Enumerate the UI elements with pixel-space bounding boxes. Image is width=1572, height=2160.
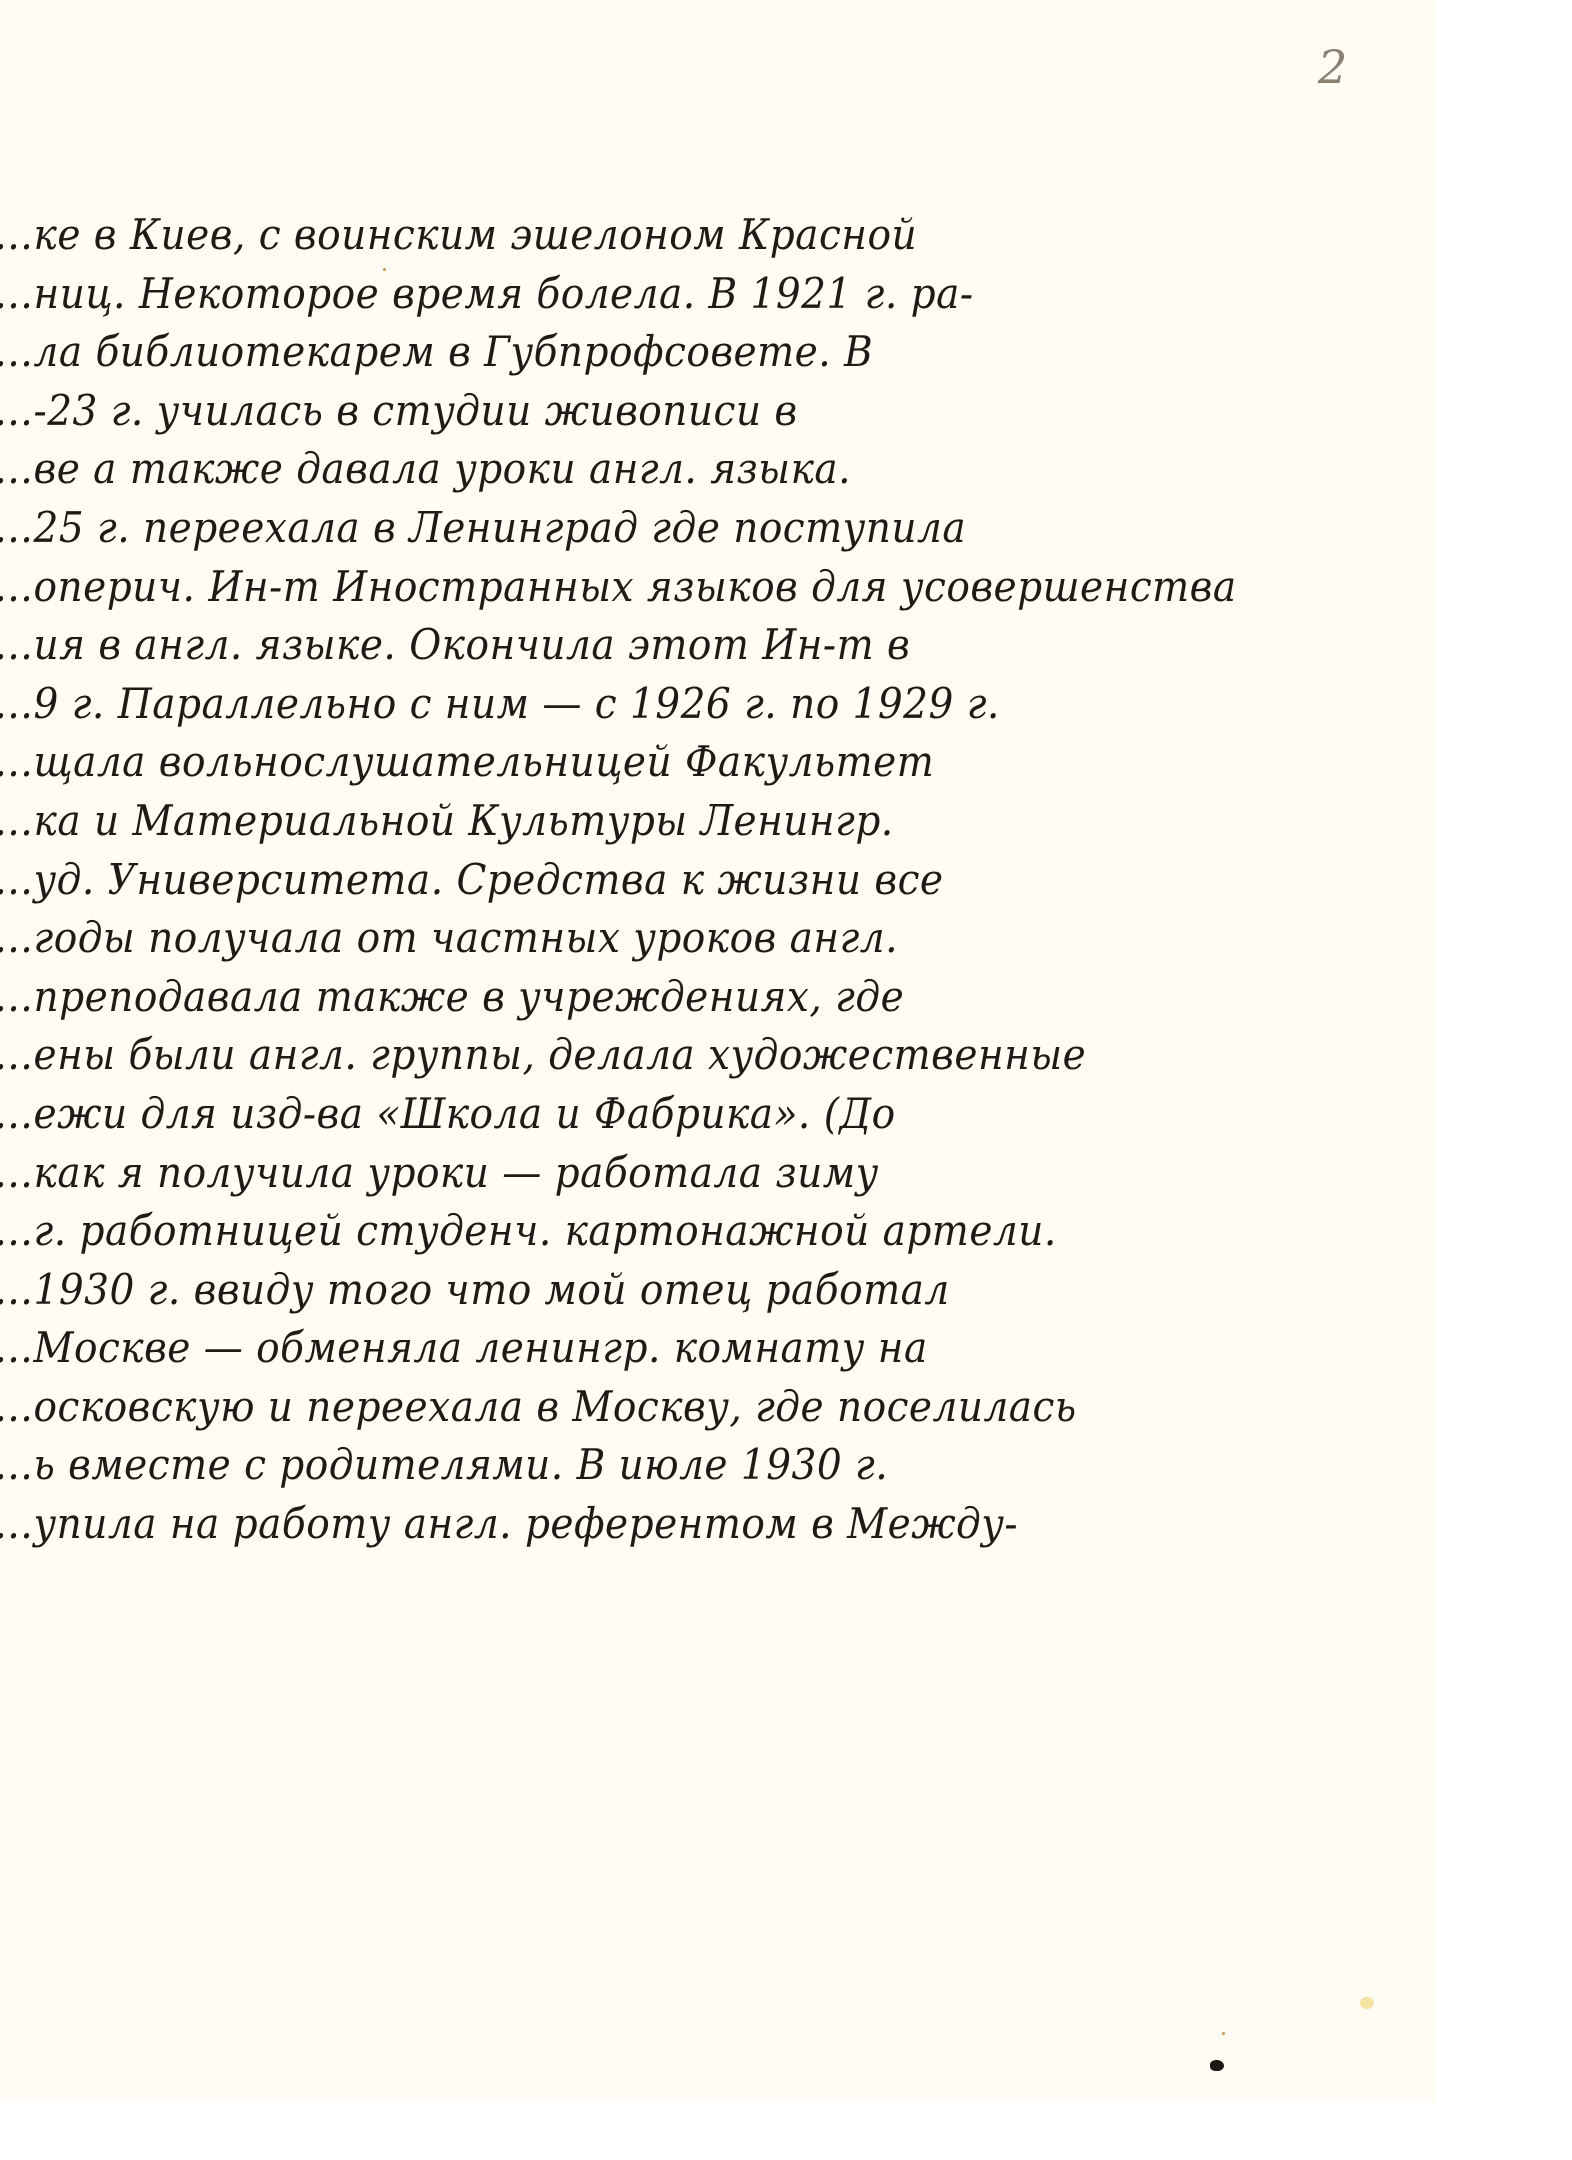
paper-stain (1360, 1997, 1374, 2009)
text-line: …оперич. Ин-т Иностранных языков для усо… (0, 558, 1064, 617)
text-line: …преподавала также в учреждениях, где (0, 968, 1064, 1027)
text-line: …ла библиотекарем в Губпрофсовете. В (0, 323, 1064, 382)
text-line: …г. работницей студенч. картонажной арте… (0, 1202, 1064, 1261)
text-line: …ь вместе с родителями. В июле 1930 г. (0, 1436, 1064, 1495)
text-line: …ия в англ. языке. Окончила этот Ин-т в (0, 616, 1064, 675)
ink-blot (1210, 2060, 1224, 2071)
text-line: …25 г. переехала в Ленинград где поступи… (0, 499, 1064, 558)
page-number: 2 (1318, 40, 1347, 94)
text-line: …ены были англ. группы, делала художеств… (0, 1026, 1064, 1085)
text-line: …ежи для изд-ва «Школа и Фабрика». (До (0, 1085, 1064, 1144)
text-line: …ве а также давала уроки англ. языка. (0, 440, 1064, 499)
text-line: …ка и Материальной Культуры Ленингр. (0, 792, 1064, 851)
text-line: …1930 г. ввиду того что мой отец работал (0, 1261, 1064, 1320)
text-line: …ке в Киев, с воинским эшелоном Красной (0, 206, 1064, 265)
manuscript-page: 2 …ке в Киев, с воинским эшелоном Красно… (0, 0, 1436, 2102)
text-line: …щала вольнослушательницей Факультет (0, 733, 1064, 792)
handwritten-text-block: …ке в Киев, с воинским эшелоном Красной … (0, 206, 1144, 1554)
text-line: …ниц. Некоторое время болела. В 1921 г. … (0, 265, 1064, 324)
text-line: …Москве — обменяла ленингр. комнату на (0, 1319, 1064, 1378)
text-line: …осковскую и переехала в Москву, где пос… (0, 1378, 1064, 1437)
text-line: …годы получала от частных уроков англ. (0, 909, 1064, 968)
text-line: …9 г. Параллельно с ним — с 1926 г. по 1… (0, 675, 1064, 734)
paper-speck (383, 268, 386, 271)
text-line: …как я получила уроки — работала зиму (0, 1144, 1064, 1203)
paper-speck (1222, 2032, 1225, 2035)
text-line: …-23 г. училась в студии живописи в (0, 382, 1064, 441)
text-line: …упила на работу англ. референтом в Межд… (0, 1495, 1064, 1554)
text-line: …уд. Университета. Средства к жизни все (0, 851, 1064, 910)
